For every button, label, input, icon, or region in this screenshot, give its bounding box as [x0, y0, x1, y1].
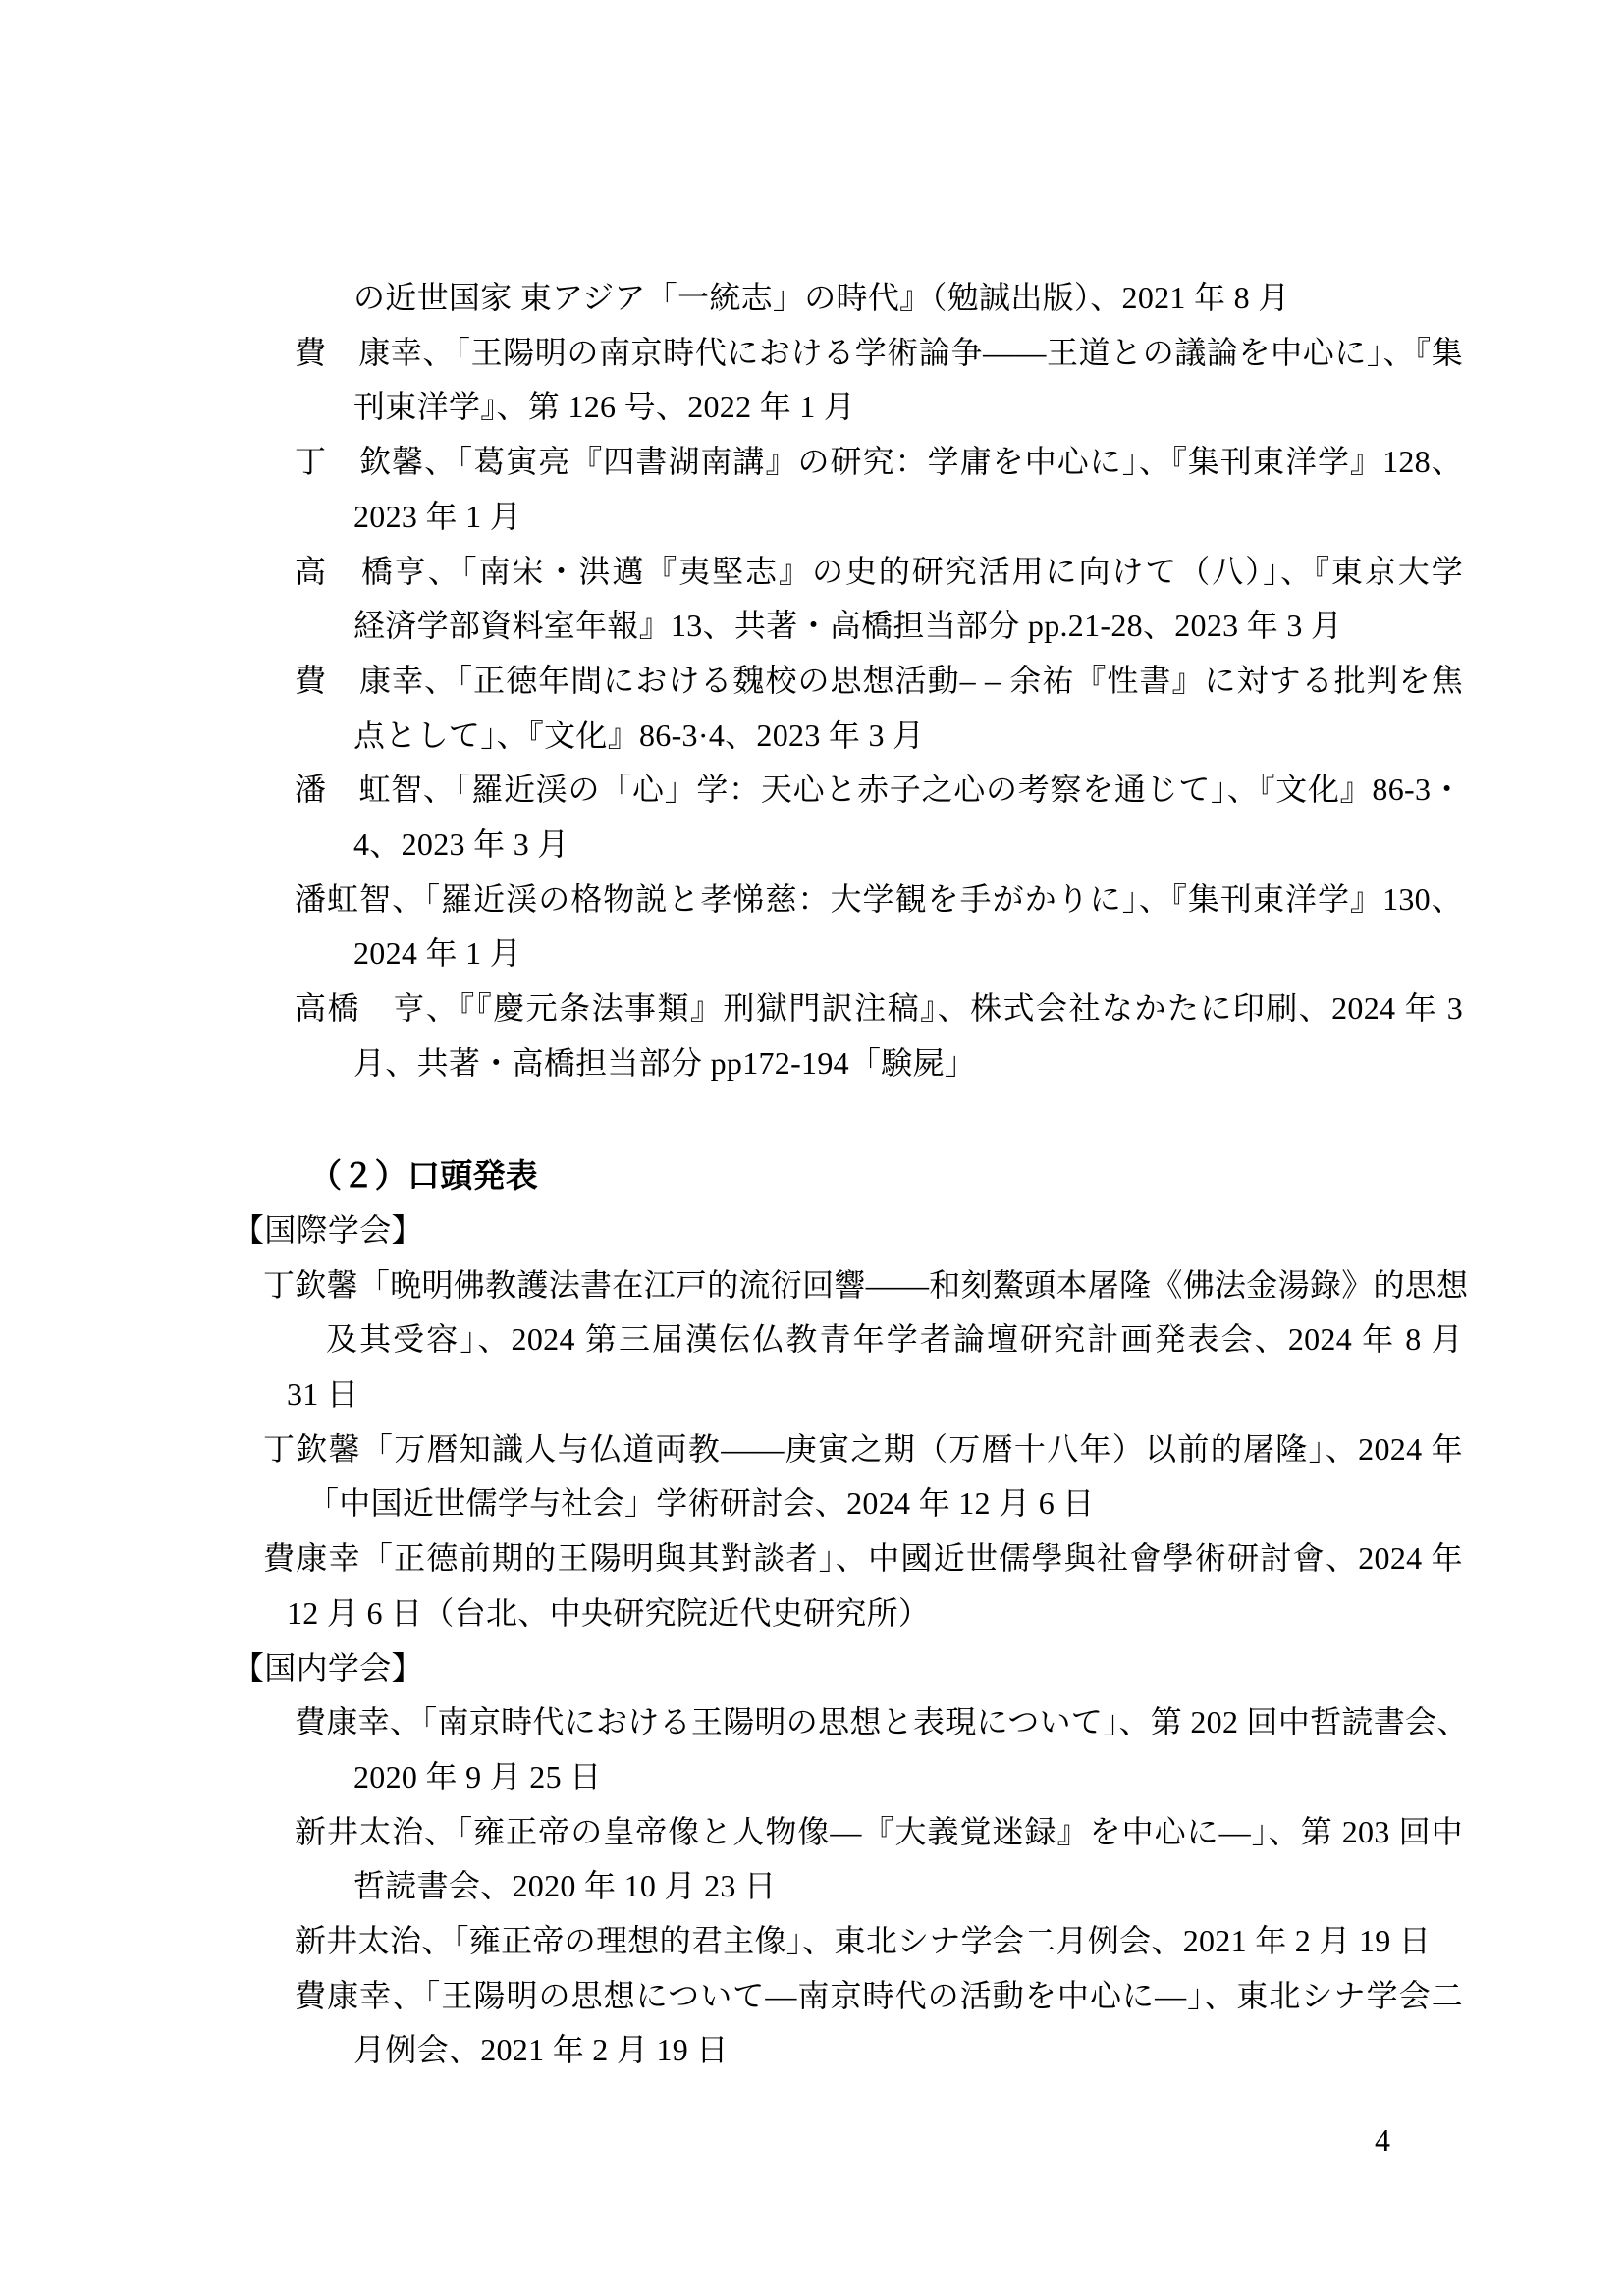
text-block: の近世国家 東アジア「一統志」の時代』（勉誠出版）、2021 年 8 月費 康幸…	[0, 271, 1624, 2078]
presentation-entry-line: 新井太治、「雍正帝の理想的君主像」、東北シナ学会二月例会、2021 年 2 月 …	[295, 1914, 1624, 1969]
group-label-international: 【国際学会】	[233, 1203, 1624, 1258]
publication-entry-line: 費 康幸、「王陽明の南京時代における学術論争――王道との議論を中心に」、『集	[295, 326, 1463, 381]
presentation-entry-line: 費康幸、「王陽明の思想について―南京時代の活動を中心に―」、東北シナ学会二	[295, 1969, 1463, 2024]
continuation-line: 2020 年 9 月 25 日	[353, 1750, 1624, 1805]
group-label-domestic: 【国内学会】	[233, 1641, 1624, 1696]
publication-entry-line: 費 康幸、「正徳年間における魏校の思想活動– – 余祐『性書』に対する批判を焦	[295, 654, 1463, 709]
document-page: の近世国家 東アジア「一統志」の時代』（勉誠出版）、2021 年 8 月費 康幸…	[0, 0, 1624, 2296]
publication-entry-line: 潘虹智、「羅近渓の格物説と孝悌慈：大学観を手がかりに」、『集刊東洋学』130、	[295, 873, 1463, 928]
presentation-entry-line: 費康幸、「南京時代における王陽明の思想と表現について」、第 202 回中哲読書会…	[295, 1695, 1463, 1750]
continuation-line: 月例会、2021 年 2 月 19 日	[353, 2023, 1624, 2078]
continuation-line: 哲読書会、2020 年 10 月 23 日	[353, 1859, 1624, 1914]
publication-entry-line: 丁 欽馨、「葛寅亮『四書湖南講』の研究：学庸を中心に」、『集刊東洋学』128、	[295, 435, 1463, 490]
presentation-entry-line: 丁欽馨「晩明佛教護法書在江戸的流衍回響——和刻鰲頭本屠隆《佛法金湯錄》的思想	[263, 1258, 1463, 1313]
publication-entry-line: 高 橋亨、「南宋・洪邁『夷堅志』の史的研究活用に向けて（八）」、『東京大学	[295, 545, 1463, 600]
section-heading-oral-presentations: （２）口頭発表	[309, 1148, 1624, 1203]
continuation-line: 12 月 6 日（台北、中央研究院近代史研究所）	[287, 1586, 1624, 1641]
continuation-line: 「中国近世儒学与社会」学術研討会、2024 年 12 月 6 日	[307, 1476, 1624, 1531]
continuation-line: 及其受容」、2024 第三届漢伝仏教青年学者論壇研究計画発表会、2024 年 8…	[326, 1312, 1463, 1367]
publication-entry-line: 高橋 亨、『『慶元条法事類』刑獄門訳注稿』、株式会社なかたに印刷、2024 年 …	[295, 982, 1463, 1037]
page-number: 4	[1375, 2122, 1390, 2158]
presentation-entry-line: 新井太治、「雍正帝の皇帝像と人物像―『大義覚迷録』を中心に―」、第 203 回中	[295, 1805, 1463, 1860]
continuation-line: の近世国家 東アジア「一統志」の時代』（勉誠出版）、2021 年 8 月	[353, 271, 1624, 326]
presentation-entry-line: 費康幸「正德前期的王陽明與其對談者」、中國近世儒學與社會學術研討會、2024 年	[263, 1531, 1463, 1586]
continuation-line: 2023 年 1 月	[353, 490, 1624, 545]
publication-entry-line: 潘 虹智、「羅近渓の「心」学：天心と赤子之心の考察を通じて」、『文化』86-3・	[295, 763, 1463, 818]
continuation-line: 31 日	[287, 1367, 1624, 1422]
continuation-line: 4、2023 年 3 月	[353, 818, 1624, 873]
continuation-line: 経済学部資料室年報』13、共著・高橋担当部分 pp.21-28、2023 年 3…	[353, 599, 1624, 654]
presentation-entry-line: 丁欽馨「万暦知識人与仏道両教——庚寅之期（万暦十八年）以前的屠隆」、2024 年	[263, 1422, 1463, 1477]
continuation-line: 点として」、『文化』86-3·4、2023 年 3 月	[353, 709, 1624, 764]
continuation-line: 刊東洋学』、第 126 号、2022 年 1 月	[353, 380, 1624, 435]
blank-line	[0, 1092, 1624, 1147]
continuation-line: 月、共著・高橋担当部分 pp172-194「験屍」	[353, 1037, 1624, 1092]
continuation-line: 2024 年 1 月	[353, 927, 1624, 982]
